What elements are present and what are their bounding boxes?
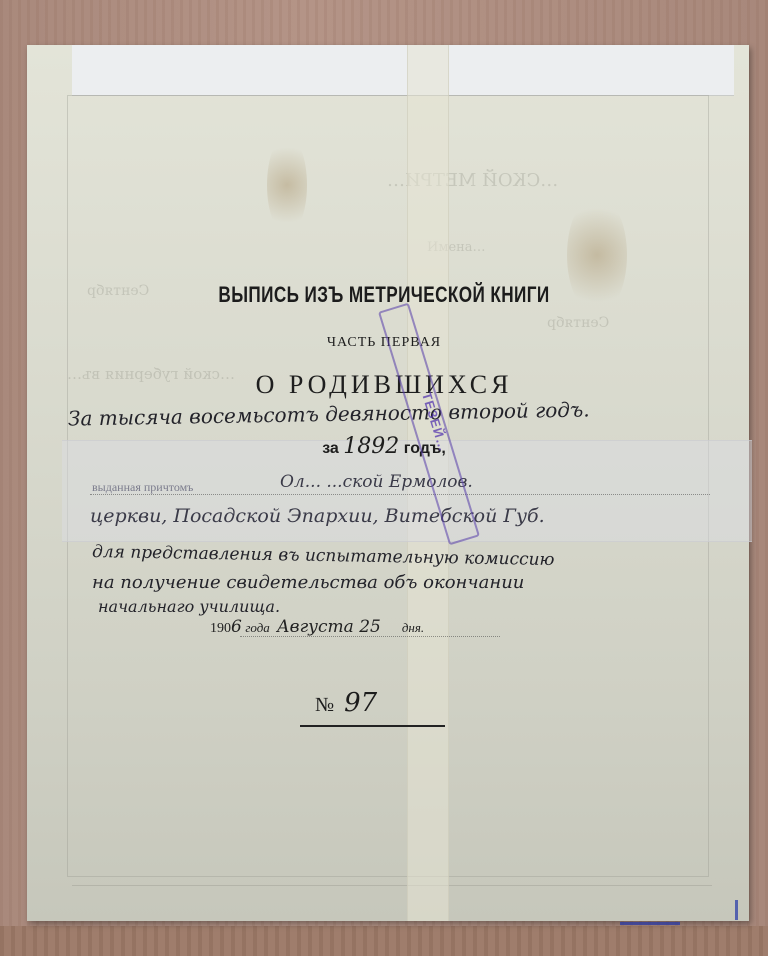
document-number: №97: [315, 688, 377, 718]
blue-ink-mark: [620, 922, 680, 925]
blue-ink-mark: [735, 900, 738, 920]
handwritten-year: 1892: [343, 434, 399, 459]
handwritten-purpose-line-2: на получение свидетельства объ окончании: [92, 572, 524, 593]
handwritten-number: 97: [344, 688, 377, 718]
bleed-through-text: Сентябр: [547, 315, 609, 331]
issued-by-label: выданная причтомъ: [92, 480, 193, 495]
date-line: 1906 года Августа 25 дня.: [210, 617, 424, 637]
section-heading: О РОДИВШИХСЯ: [0, 370, 768, 400]
year-label: года: [245, 620, 269, 635]
document-part: ЧАСТЬ ПЕРВАЯ: [0, 335, 768, 351]
wooden-table-surface: [0, 926, 768, 956]
year-line: за 1892 годъ,: [0, 434, 768, 459]
handwritten-month-day: Августа 25: [277, 617, 381, 637]
date-year-prefix: 190: [210, 621, 231, 636]
year-prefix: за: [322, 440, 339, 457]
number-underline: [300, 725, 445, 727]
handwritten-year-digit: 6: [231, 617, 242, 637]
mounting-paper-strip: [72, 45, 734, 96]
fill-line: [90, 494, 710, 495]
document-title: ВЫПИСЬ ИЗЪ МЕТРИЧЕСКОЙ КНИГИ: [84, 282, 683, 308]
bottom-margin-line: [72, 885, 712, 886]
handwritten-purpose-line-3: начальнаго училища.: [98, 597, 280, 616]
stain: [267, 135, 307, 235]
day-label: дня.: [402, 620, 424, 635]
date-fill-line: [240, 636, 500, 637]
number-label: №: [315, 694, 334, 716]
